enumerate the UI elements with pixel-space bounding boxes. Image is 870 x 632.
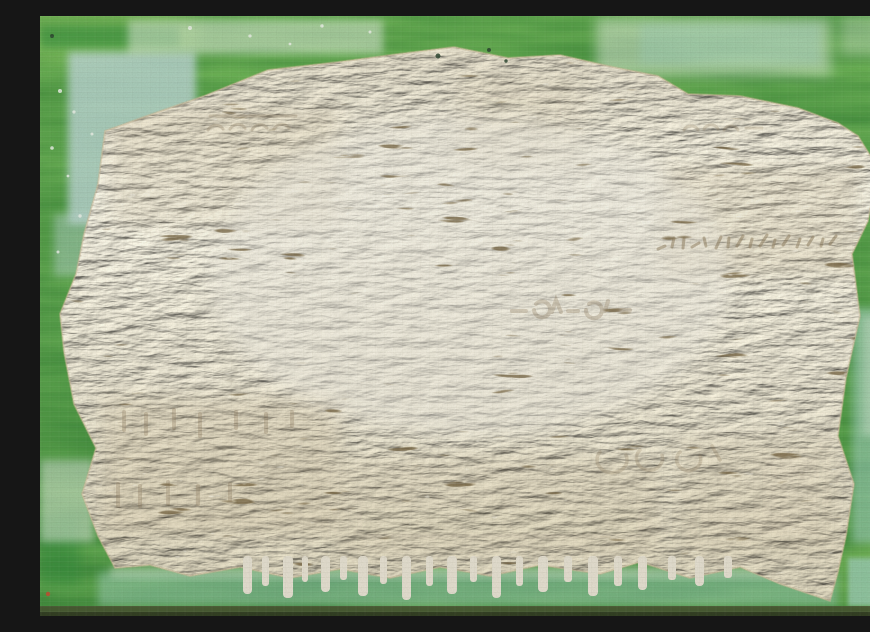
photo-grain — [40, 16, 870, 616]
abstract-painting-photo: Abstract painting: a large slab of thick… — [40, 16, 870, 616]
painting-canvas — [40, 16, 870, 616]
